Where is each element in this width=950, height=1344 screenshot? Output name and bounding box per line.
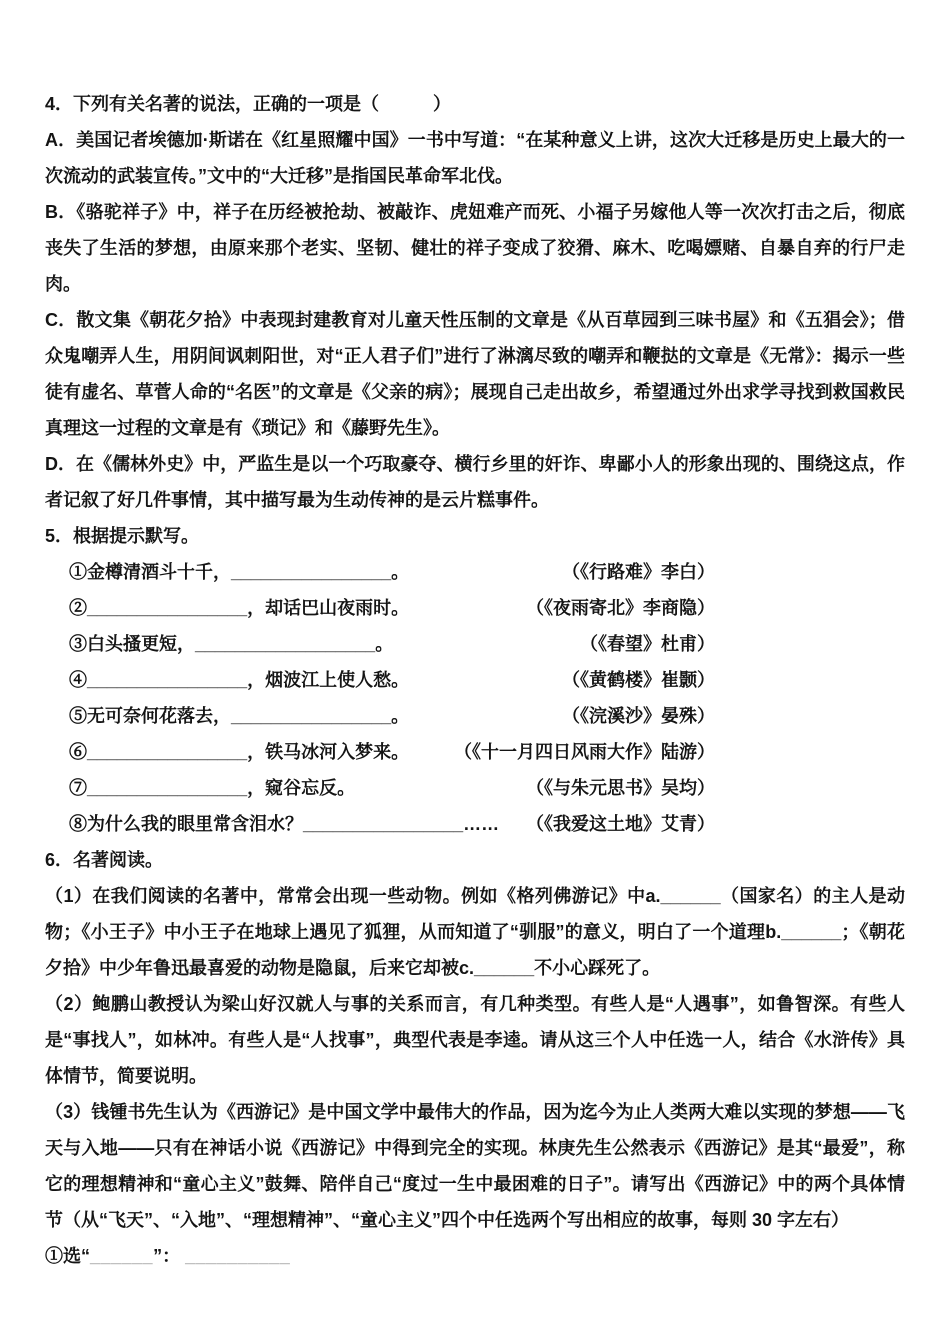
recitation-text: ④________________，烟波江上使人愁。 <box>69 662 409 698</box>
recitation-text: ③白头搔更短，__________________。 <box>69 626 393 662</box>
recitation-source: （《十一月四日风雨大作》陆游） <box>454 734 715 770</box>
recitation-text: ⑥________________，铁马冰河入梦来。 <box>69 734 409 770</box>
question-6: 6．名著阅读。 （1）在我们阅读的名著中，常常会出现一些动物。例如《格列佛游记》… <box>45 842 905 1274</box>
recitation-item-4: ④________________，烟波江上使人愁。 （《黄鹤楼》崔颢） <box>69 662 715 698</box>
recitation-text: ⑦________________，窥谷忘反。 <box>69 770 355 806</box>
recitation-item-5: ⑤无可奈何花落去，________________。 （《浣溪沙》晏殊） <box>69 698 715 734</box>
q6-part-2: （2）鲍鹏山教授认为梁山好汉就人与事的关系而言，有几种类型。有些人是“人遇事”，… <box>45 986 905 1094</box>
answer-mid: ”： <box>153 1246 185 1266</box>
answer-prefix: ①选“ <box>45 1246 90 1266</box>
answer-blank-1: ______ <box>90 1246 153 1266</box>
recitation-source: （《浣溪沙》晏殊） <box>562 698 715 734</box>
recitation-item-8: ⑧为什么我的眼里常含泪水？________________…… （《我爱这土地》… <box>69 806 715 842</box>
recitation-source: （《夜雨寄北》李商隐） <box>526 590 715 626</box>
recitation-item-7: ⑦________________，窥谷忘反。 （《与朱元思书》吴均） <box>69 770 715 806</box>
q6-stem: 6．名著阅读。 <box>45 842 905 878</box>
q4-option-d: D．在《儒林外史》中，严监生是以一个巧取豪夺、横行乡里的奸诈、卑鄙小人的形象出现… <box>45 446 905 518</box>
recitation-text: ⑤无可奈何花落去，________________。 <box>69 698 409 734</box>
q4-option-a: A．美国记者埃德加·斯诺在《红星照耀中国》一书中写道：“在某种意义上讲，这次大迁… <box>45 122 905 194</box>
recitation-text: ⑧为什么我的眼里常含泪水？________________…… <box>69 806 499 842</box>
q4-option-b: B．《骆驼祥子》中，祥子在历经被抢劫、被敲诈、虎妞难产而死、小福子另嫁他人等一次… <box>45 194 905 302</box>
question-5: 5．根据提示默写。 ①金樽清酒斗十千，________________。 （《行… <box>45 518 905 842</box>
recitation-item-6: ⑥________________，铁马冰河入梦来。 （《十一月四日风雨大作》陆… <box>69 734 715 770</box>
recitation-source: （《与朱元思书》吴均） <box>526 770 715 806</box>
recitation-source: （《春望》杜甫） <box>580 626 715 662</box>
recitation-list: ①金樽清酒斗十千，________________。 （《行路难》李白） ②__… <box>69 554 905 842</box>
recitation-item-2: ②________________，却话巴山夜雨时。 （《夜雨寄北》李商隐） <box>69 590 715 626</box>
recitation-text: ①金樽清酒斗十千，________________。 <box>69 554 409 590</box>
q6-part-1: （1）在我们阅读的名著中，常常会出现一些动物。例如《格列佛游记》中a._____… <box>45 878 905 986</box>
recitation-item-3: ③白头搔更短，__________________。 （《春望》杜甫） <box>69 626 715 662</box>
recitation-source: （《我爱这土地》艾青） <box>526 806 715 842</box>
q5-stem: 5．根据提示默写。 <box>45 518 905 554</box>
answer-blank-2: __________ <box>185 1246 290 1266</box>
q6-part-3: （3）钱锺书先生认为《西游记》是中国文学中最伟大的作品，因为迄今为止人类两大难以… <box>45 1094 905 1238</box>
q4-stem: 4．下列有关名著的说法，正确的一项是（ ） <box>45 86 905 122</box>
recitation-source: （《行路难》李白） <box>562 554 715 590</box>
recitation-source: （《黄鹤楼》崔颢） <box>562 662 715 698</box>
recitation-text: ②________________，却话巴山夜雨时。 <box>69 590 409 626</box>
question-4: 4．下列有关名著的说法，正确的一项是（ ） A．美国记者埃德加·斯诺在《红星照耀… <box>45 86 905 518</box>
q4-option-c: C．散文集《朝花夕拾》中表现封建教育对儿童天性压制的文章是《从百草园到三味书屋》… <box>45 302 905 446</box>
q6-answer-line: ①选“______”： __________ <box>45 1238 905 1274</box>
exam-page: 4．下列有关名著的说法，正确的一项是（ ） A．美国记者埃德加·斯诺在《红星照耀… <box>0 0 950 1344</box>
recitation-item-1: ①金樽清酒斗十千，________________。 （《行路难》李白） <box>69 554 715 590</box>
